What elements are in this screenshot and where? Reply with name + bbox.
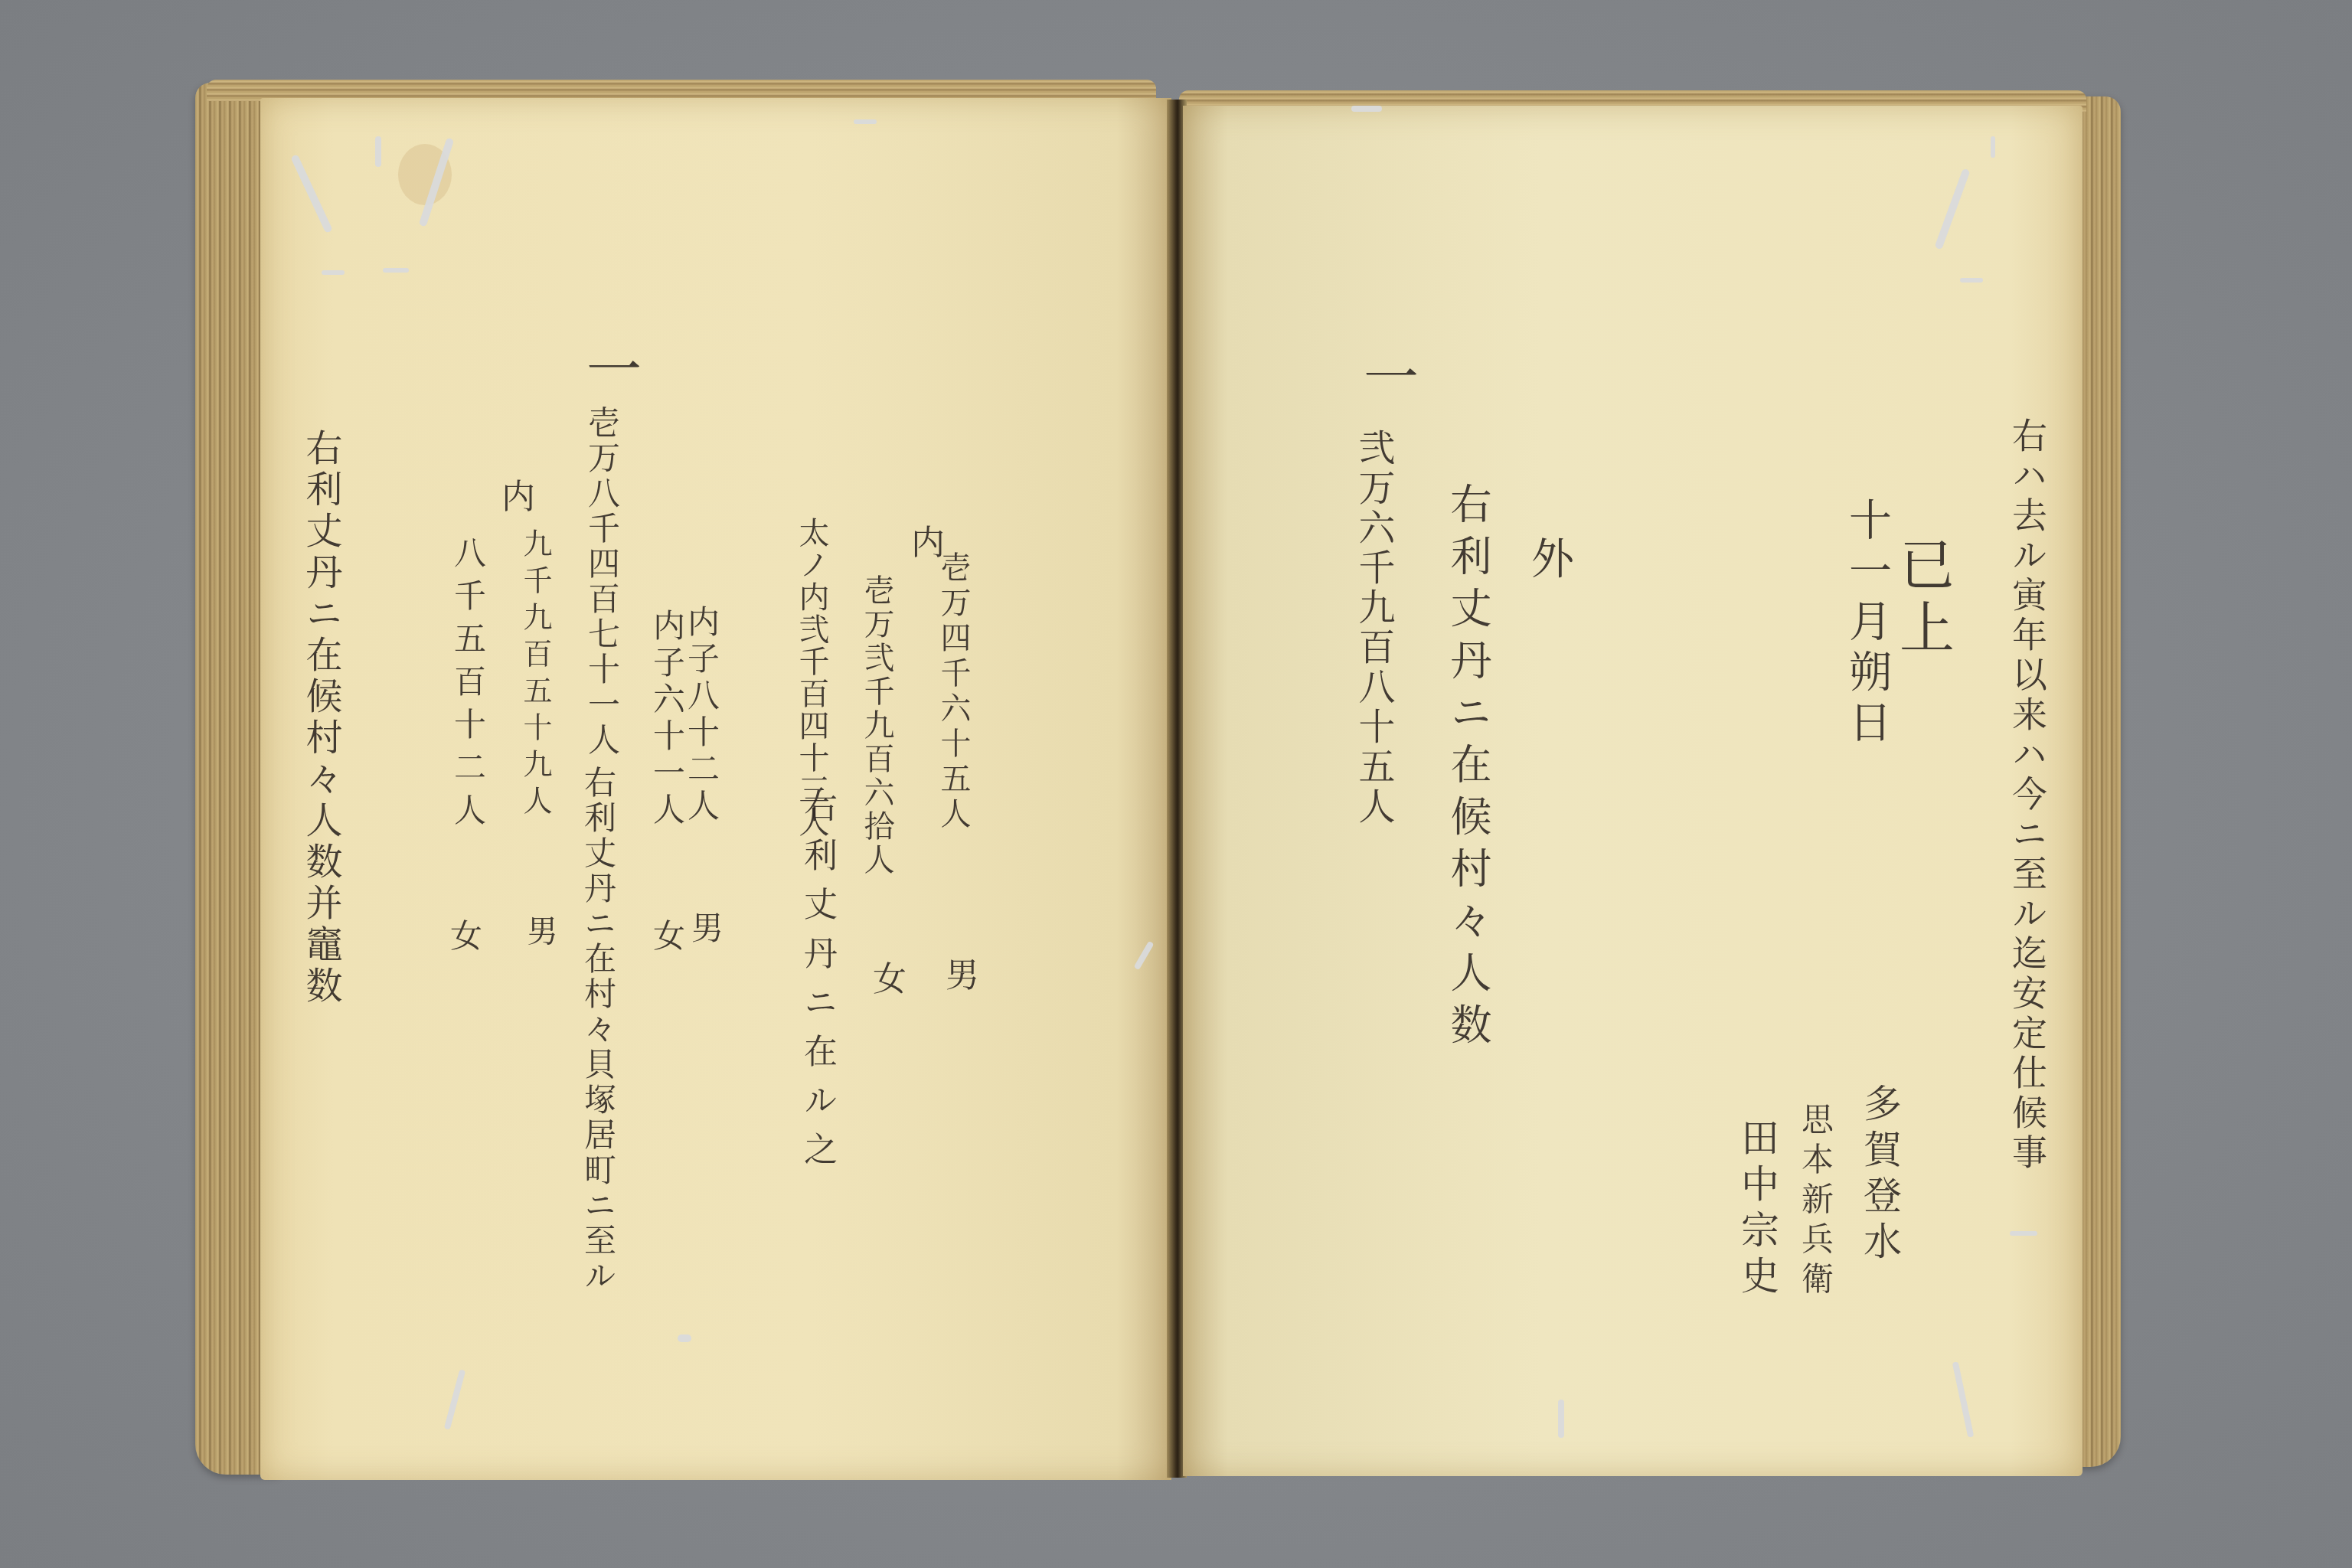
- worm-hole: [1134, 941, 1155, 971]
- male-count-1: 九千九百五十九人: [521, 528, 550, 822]
- total-note-column: 右利丈丹ニ在候村々人数: [1447, 482, 1488, 1055]
- worm-hole: [854, 119, 877, 124]
- worm-hole: [2010, 1231, 2037, 1236]
- worm-hole: [1558, 1400, 1564, 1438]
- worm-hole: [322, 270, 345, 275]
- right-total-column: 弐万六千九百八十五人: [1355, 429, 1392, 827]
- inner-count-2b: 内子六十一人: [651, 609, 683, 829]
- female-count-1: 八千五百十二人: [452, 536, 484, 836]
- worm-hole: [1934, 168, 1970, 250]
- female-count-4: 壱万弐千九百六拾人: [861, 574, 892, 877]
- worm-hole: [1351, 106, 1382, 112]
- worm-hole: [1960, 278, 1983, 283]
- note-3-column: 右利丈丹ニ在ル之: [800, 789, 834, 1181]
- outside-mark: 外: [1527, 536, 1570, 586]
- male-label-2a: 男: [689, 911, 721, 951]
- date-column: 十一月朔日: [1845, 498, 1888, 750]
- closing-word: 已上: [1895, 536, 1950, 661]
- signatory-2: 思本新兵衛: [1799, 1102, 1831, 1302]
- left-total-column: 壱万八千四百七十一人: [586, 406, 618, 758]
- right-page: [1183, 106, 2082, 1476]
- worm-hole: [290, 154, 333, 234]
- open-book: 右ハ去ル寅年以来ハ今ニ至ル迄安定仕候事 已上 十一月朔日 多賀登水 思本新兵衛 …: [0, 0, 2352, 1568]
- item-mark-right: 一: [1359, 348, 1414, 411]
- female-label-1: 女: [448, 919, 480, 959]
- worm-hole: [383, 268, 409, 273]
- inner-label-1: 内: [498, 479, 531, 520]
- note-1-column: 右利丈丹ニ在村々貝塚居町ニ至ル: [582, 766, 614, 1294]
- inner-count-2a: 内子八十二人: [685, 605, 717, 825]
- right-heading-column: 右ハ去ル寅年以来ハ今ニ至ル迄安定仕候事: [2010, 417, 2045, 1174]
- male-count-4: 壱万四千六十五人: [938, 551, 969, 833]
- signatory-3: 田中宗史: [1738, 1118, 1776, 1302]
- worm-hole: [678, 1334, 691, 1342]
- worm-hole: [1991, 136, 1995, 158]
- inner-label-4: 内: [907, 524, 941, 566]
- item-mark-left: 一: [582, 341, 637, 403]
- left-section-title: 右利丈丹ニ在候村々人数并竈数: [302, 429, 339, 1008]
- signatory-1: 多賀登水: [1860, 1083, 1899, 1267]
- male-label-4: 男: [942, 957, 975, 998]
- female-label-2b: 女: [651, 919, 683, 959]
- worm-hole: [1952, 1361, 1975, 1437]
- worm-hole: [444, 1369, 465, 1429]
- female-label-4: 女: [869, 961, 903, 1002]
- male-label-1: 男: [524, 915, 555, 953]
- worm-hole: [375, 136, 381, 167]
